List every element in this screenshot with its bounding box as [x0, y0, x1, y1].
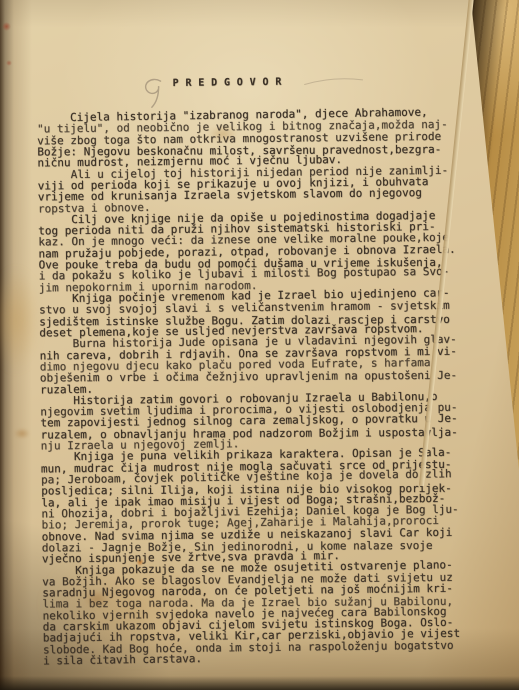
book-page-photo: P R E D G O V O R Cijela historija "izab…: [0, 0, 519, 690]
body-text: Cijela historija "izabranog naroda", dje…: [37, 108, 460, 667]
text-line: sjedištem istinske službe Bogu. Zatim do…: [39, 313, 456, 327]
photo-bottom-shadow: [0, 676, 519, 690]
text-line: Božje: Njegovu beskonačnu milost, savrše…: [37, 144, 454, 158]
text-line: dolazi - Jagnje Božje, Sin jedinorodni, …: [42, 540, 459, 554]
page-title: P R E D G O V O R: [173, 77, 282, 89]
book-page: P R E D G O V O R Cijela historija "izab…: [0, 0, 519, 690]
text-line: posljedica; silni Ilija, koji istina nij…: [41, 483, 458, 497]
typewritten-text-block: P R E D G O V O R Cijela historija "izab…: [0, 0, 519, 690]
